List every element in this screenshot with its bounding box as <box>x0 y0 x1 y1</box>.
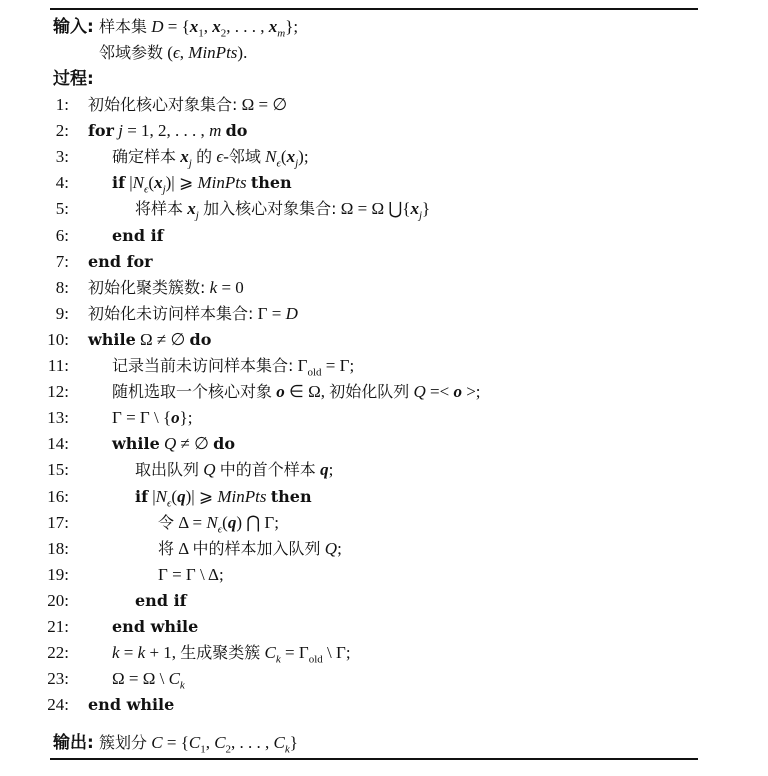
line-number: 24: <box>40 692 69 718</box>
output-clusters: 簇划分 C = {C1, C2, . . . , Ck} <box>99 730 298 756</box>
line-number: 13: <box>40 405 69 431</box>
line-number: 12: <box>40 379 69 405</box>
step-text: 初始化核心对象集合: Ω = ∅ <box>88 92 287 118</box>
line-number: 14: <box>40 431 69 457</box>
output-label: 输出: <box>53 730 94 756</box>
step-text: if |Nϵ(q)| ⩾ MinPts then <box>135 484 312 510</box>
line-number: 21: <box>40 614 69 640</box>
line-number: 17: <box>40 510 69 536</box>
process-label: 过程: <box>53 66 94 92</box>
step-text: 令 Δ = Nϵ(q) ⋂ Γ; <box>158 510 279 536</box>
input-label: 输入: <box>53 14 94 40</box>
step-text: 将样本 xj 加入核心对象集合: Ω = Ω ⋃{xj} <box>135 196 430 222</box>
step-text: 确定样本 xj 的 ϵ-邻域 Nϵ(xj); <box>112 144 309 170</box>
step-text: Γ = Γ \ Δ; <box>158 562 224 588</box>
line-number: 2: <box>40 118 69 144</box>
step-text: end while <box>88 692 174 718</box>
line-number: 8: <box>40 275 69 301</box>
line-number: 18: <box>40 536 69 562</box>
line-number: 3: <box>40 144 69 170</box>
step-text: end if <box>112 223 164 249</box>
line-number: 16: <box>40 484 69 510</box>
step-text: Ω = Ω \ Ck <box>112 666 185 692</box>
line-number: 19: <box>40 562 69 588</box>
step-text: 记录当前未访问样本集合: Γold = Γ; <box>112 353 354 379</box>
step-text: while Q ≠ ∅ do <box>112 431 235 457</box>
step-text: end if <box>135 588 187 614</box>
line-number: 15: <box>40 457 69 483</box>
line-number: 10: <box>40 327 69 353</box>
line-number: 22: <box>40 640 69 666</box>
line-number: 23: <box>40 666 69 692</box>
bottom-rule <box>50 758 698 760</box>
step-text: if |Nϵ(xj)| ⩾ MinPts then <box>112 170 292 196</box>
step-text: end for <box>88 249 153 275</box>
line-number: 7: <box>40 249 69 275</box>
step-text: 初始化聚类簇数: k = 0 <box>88 275 244 301</box>
step-text: Γ = Γ \ {o}; <box>112 405 193 431</box>
line-number: 11: <box>40 353 69 379</box>
step-text: for j = 1, 2, . . . , m do <box>88 118 247 144</box>
step-text: while Ω ≠ ∅ do <box>88 327 211 353</box>
input-dataset: 样本集 D = {x1, x2, . . . , xm}; <box>99 14 298 40</box>
line-number: 1: <box>40 92 69 118</box>
step-text: 取出队列 Q 中的首个样本 q; <box>135 457 333 483</box>
step-text: end while <box>112 614 198 640</box>
line-number: 9: <box>40 301 69 327</box>
line-number: 4: <box>40 170 69 196</box>
top-rule <box>50 8 698 10</box>
line-number: 20: <box>40 588 69 614</box>
step-text: 随机选取一个核心对象 o ∈ Ω, 初始化队列 Q =< o >; <box>112 379 481 405</box>
step-text: 将 Δ 中的样本加入队列 Q; <box>158 536 342 562</box>
step-text: k = k + 1, 生成聚类簇 Ck = Γold \ Γ; <box>112 640 351 666</box>
input-params: 邻域参数 (ϵ, MinPts). <box>99 40 247 66</box>
line-number: 5: <box>40 196 69 222</box>
step-text: 初始化未访问样本集合: Γ = D <box>88 301 298 327</box>
line-number: 6: <box>40 223 69 249</box>
